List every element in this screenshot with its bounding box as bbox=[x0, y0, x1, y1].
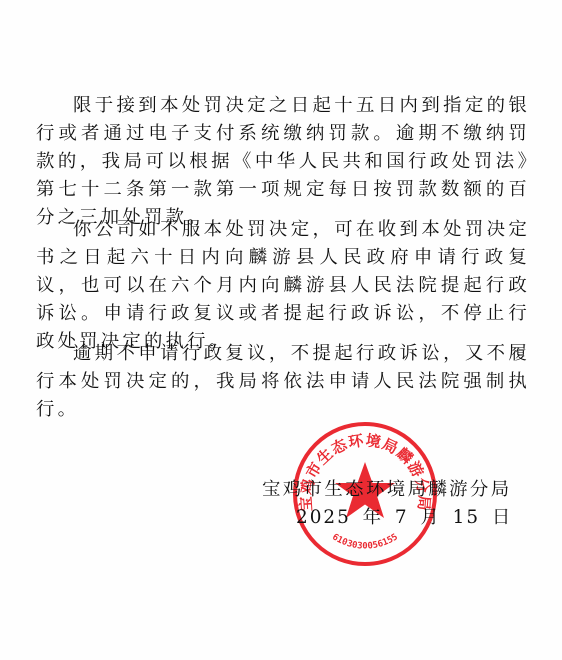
paragraph-payment-deadline: 限于接到本处罚决定之日起十五日内到指定的银行或者通过电子支付系统缴纳罚款。逾期不… bbox=[36, 92, 530, 232]
issue-date: 2025 年 7 月 15 日 bbox=[296, 503, 512, 529]
paragraph-enforcement: 逾期不申请行政复议，不提起行政诉讼，又不履行本处罚决定的，我局将依法申请人民法院… bbox=[36, 340, 530, 424]
seal-code: 6103030056155 bbox=[330, 532, 400, 551]
svg-text:6103030056155: 6103030056155 bbox=[330, 532, 400, 551]
issuer-signature: 宝鸡市生态环境局麟游分局 bbox=[262, 475, 512, 501]
document-page: 限于接到本处罚决定之日起十五日内到指定的银行或者通过电子支付系统缴纳罚款。逾期不… bbox=[0, 0, 562, 660]
paragraph-appeal-rights: 你公司如不服本处罚决定，可在收到本处罚决定书之日起六十日内向麟游县人民政府申请行… bbox=[36, 216, 530, 356]
